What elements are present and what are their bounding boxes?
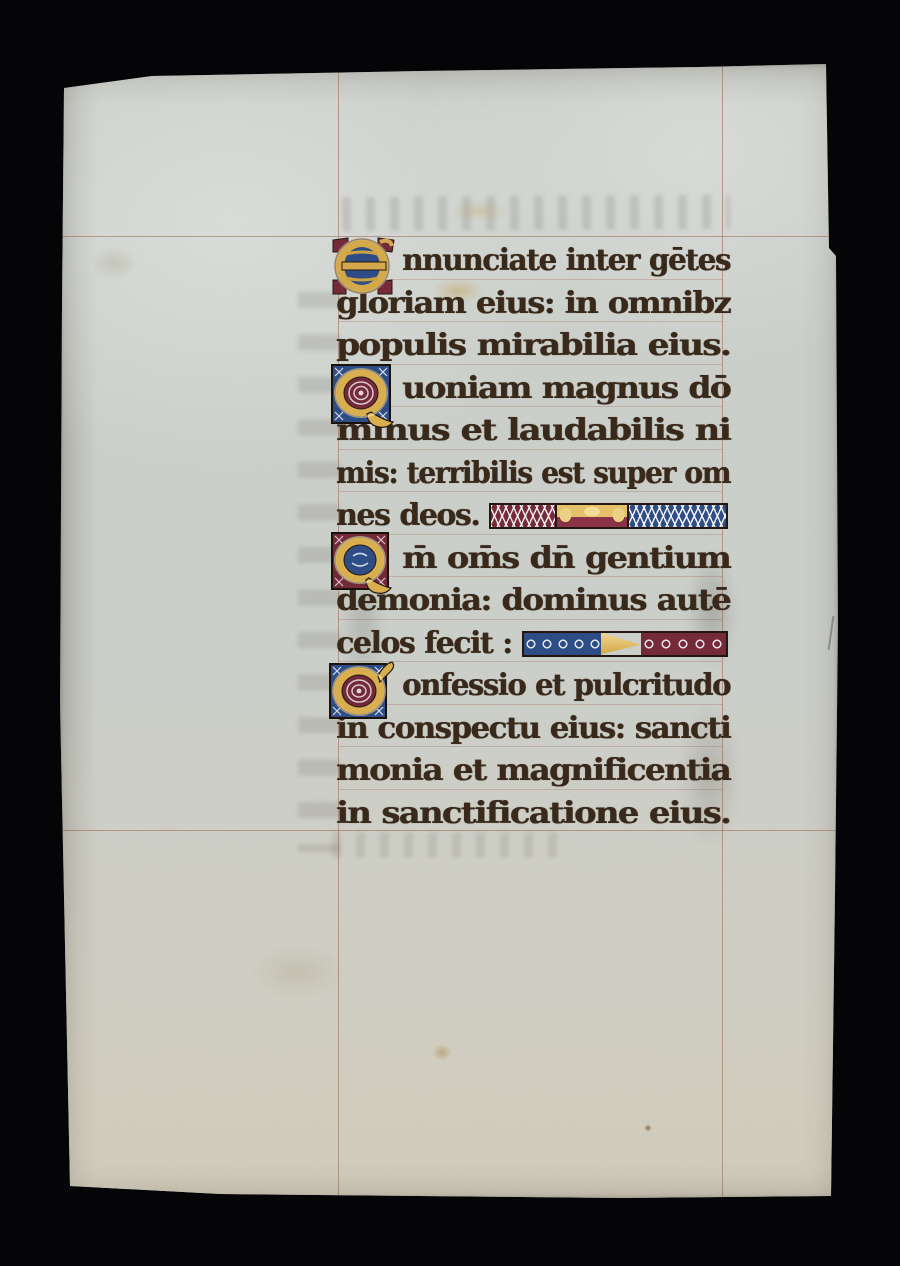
manuscript-line: populis mirabilia eius. [336, 323, 730, 366]
line-text: onfessio et pulcritudo [402, 666, 730, 706]
gold-pennant-segment [601, 633, 641, 655]
line-text: populis mirabilia eius. [336, 326, 730, 366]
manuscript-line: mis: terribilis est super om [336, 451, 730, 494]
manuscript-line: demonia: dominus autē [336, 578, 730, 621]
line-text: mis: terribilis est super om [336, 454, 730, 494]
blue-chevron-segment [629, 505, 726, 527]
manuscript-line: in sanctificatione eius. [336, 791, 730, 834]
illuminated-initial-q2 [331, 532, 395, 608]
manuscript-line: uoniam magnus dō [336, 366, 796, 409]
manuscript-line: m̄ om̄s dn̄ gentium [336, 536, 796, 579]
photo-background: { "artifact": { "kind": "illuminated-man… [0, 0, 900, 1266]
line-text: demonia: dominus autē [336, 581, 730, 621]
illuminated-initial-q1 [331, 364, 397, 442]
line-text: nnunciate inter gētes [402, 241, 730, 281]
line-text: in sanctificatione eius. [336, 794, 730, 834]
manuscript-line: onfessio et pulcritudo [336, 663, 796, 706]
line-text: monia et magnificentia [336, 751, 730, 791]
ornamental-line-filler-scroll [522, 631, 728, 657]
text-block: nnunciate inter gētes gloriam eius: in o… [336, 236, 730, 836]
gold-knot-segment [555, 505, 629, 527]
vellum-stain [448, 200, 510, 222]
manuscript-leaf: nnunciate inter gētes gloriam eius: in o… [60, 64, 838, 1198]
vellum-stain [250, 944, 346, 1000]
illuminated-initial-a [332, 236, 396, 300]
blue-scroll-segment [524, 633, 601, 655]
manuscript-line: nnunciate inter gētes [336, 238, 796, 281]
vellum-stain [644, 1124, 652, 1132]
show-through-smudge [342, 195, 730, 232]
illuminated-initial-c [328, 658, 398, 726]
maroon-scroll-segment [641, 633, 726, 655]
maroon-chevron-segment [491, 505, 554, 527]
vellum-stain [90, 246, 138, 280]
vellum-stain [432, 1044, 452, 1061]
manuscript-line: monia et magnificentia [336, 748, 730, 791]
line-text: m̄ om̄s dn̄ gentium [402, 539, 730, 579]
line-text: nes deos. [336, 496, 479, 536]
ornamental-line-filler-chevron [489, 503, 728, 529]
manuscript-line: nes deos. [336, 493, 730, 536]
line-text: uoniam magnus dō [402, 369, 730, 409]
edge-crease [828, 616, 835, 650]
